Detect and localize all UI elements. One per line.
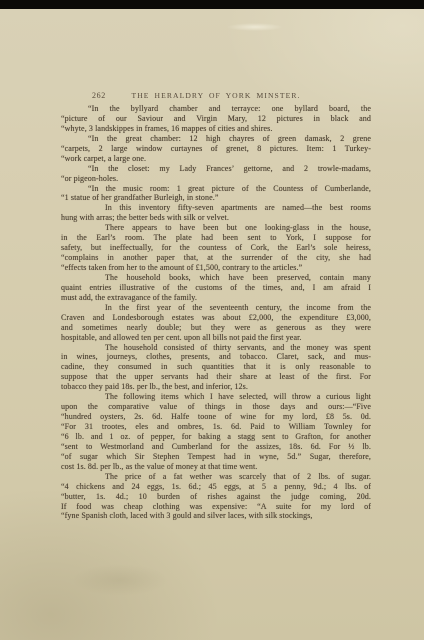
text-line: “4 chickens and 24 eggs, 1s. 6d.; 45 egg… (61, 482, 371, 492)
paragraph: The price of a fat wether was scarcely t… (61, 472, 371, 522)
text-line: hospitable, and allowed ten per cent. up… (61, 333, 371, 343)
running-title: THE HERALDRY OF YORK MINSTER. (62, 91, 370, 100)
paragraph: The household books, which have been pre… (61, 273, 371, 303)
text-line: The following items which I have selecte… (61, 392, 371, 402)
page-number: 262 (92, 91, 106, 100)
text-line: “In the byllyard chamber and terrayce: o… (61, 104, 371, 114)
book-page-scan: 262 THE HERALDRY OF YORK MINSTER. “In th… (0, 0, 424, 640)
text-line: There appears to have been but one looki… (61, 223, 371, 233)
text-line: “hundred oysters, 2s. 6d. Halfe toone of… (61, 412, 371, 422)
text-line: cost 1s. 8d. per lb., as the value of mo… (61, 462, 371, 472)
paragraph: In this inventory fifty-seven apartments… (61, 203, 371, 223)
paper-glare (220, 22, 290, 32)
paper-stain (60, 560, 180, 600)
text-line: “or pigeon-holes. (61, 174, 371, 184)
text-line: “6 lb. and 1 oz. of pepper, for baking a… (61, 432, 371, 442)
scan-dark-edge (0, 0, 424, 9)
paragraph: “In the great chamber: 12 high chayres o… (61, 134, 371, 164)
text-line: “carpets, 2 large window curtaynes of gr… (61, 144, 371, 154)
text-line: “of sugar which Sir Stephen Tempest had … (61, 452, 371, 462)
text-line: “For 31 trootes, eles and ombres, 1s. 6d… (61, 422, 371, 432)
text-line: “effects taken from her to the amount of… (61, 263, 371, 273)
text-line: In this inventory fifty-seven apartments… (61, 203, 371, 213)
text-line: hung with arras; the better beds with si… (61, 213, 371, 223)
text-line: “sent to Westmorland and Cumberland for … (61, 442, 371, 452)
text-line: in the Earl’s room. The plate had been s… (61, 233, 371, 243)
paragraph: The household consisted of thirty servan… (61, 343, 371, 393)
running-head: 262 THE HERALDRY OF YORK MINSTER. (62, 91, 370, 103)
text-line: upon the comparative value of things in … (61, 402, 371, 412)
text-line: “butter, 1s. 4d.; 10 burden of rishes ag… (61, 492, 371, 502)
text-line: “In the great chamber: 12 high chayres o… (61, 134, 371, 144)
text-line: “work carpet, a large one. (61, 154, 371, 164)
text-line: cadine, they consumed in such quantities… (61, 362, 371, 372)
paragraph: In the first year of the seventeenth cen… (61, 303, 371, 343)
text-line: safety, but ineffectually, for the count… (61, 243, 371, 253)
text-line: tobacco they paid 18s. per lb., the best… (61, 382, 371, 392)
text-line: suppose that the upper servants had thei… (61, 372, 371, 382)
text-line: “In the closet: my Lady Frances’ gettorn… (61, 164, 371, 174)
text-line: “picture of our Saviour and Virgin Mary,… (61, 114, 371, 124)
text-line: and sometimes nearly double; but they we… (61, 323, 371, 333)
paragraph: “In the closet: my Lady Frances’ gettorn… (61, 164, 371, 184)
paragraph: “In the music room: 1 great picture of t… (61, 184, 371, 204)
text-line: in wines, journeys, clothes, presents, a… (61, 352, 371, 362)
paragraph: The following items which I have selecte… (61, 392, 371, 472)
text-line: Craven and Londesborough estates was abo… (61, 313, 371, 323)
paragraph: There appears to have been but one looki… (61, 223, 371, 273)
text-line: If food was cheap clothing was expensive… (61, 502, 371, 512)
text-line: The household consisted of thirty servan… (61, 343, 371, 353)
text-line: “fyne Spanish cloth, laced with 3 gould … (61, 511, 371, 521)
page-body: “In the byllyard chamber and terrayce: o… (61, 104, 371, 521)
text-line: In the first year of the seventeenth cen… (61, 303, 371, 313)
text-line: “complains in another paper that, at the… (61, 253, 371, 263)
text-line: must add, the extravagance of the family… (61, 293, 371, 303)
text-line: The price of a fat wether was scarcely t… (61, 472, 371, 482)
text-line: “In the music room: 1 great picture of t… (61, 184, 371, 194)
text-line: quaint entries illustrative of the custo… (61, 283, 371, 293)
text-line: “1 statue of her grandfather Burleigh, i… (61, 193, 371, 203)
paragraph: “In the byllyard chamber and terrayce: o… (61, 104, 371, 134)
text-line: The household books, which have been pre… (61, 273, 371, 283)
text-line: “whyte, 3 landskippes in frames, 16 mapp… (61, 124, 371, 134)
